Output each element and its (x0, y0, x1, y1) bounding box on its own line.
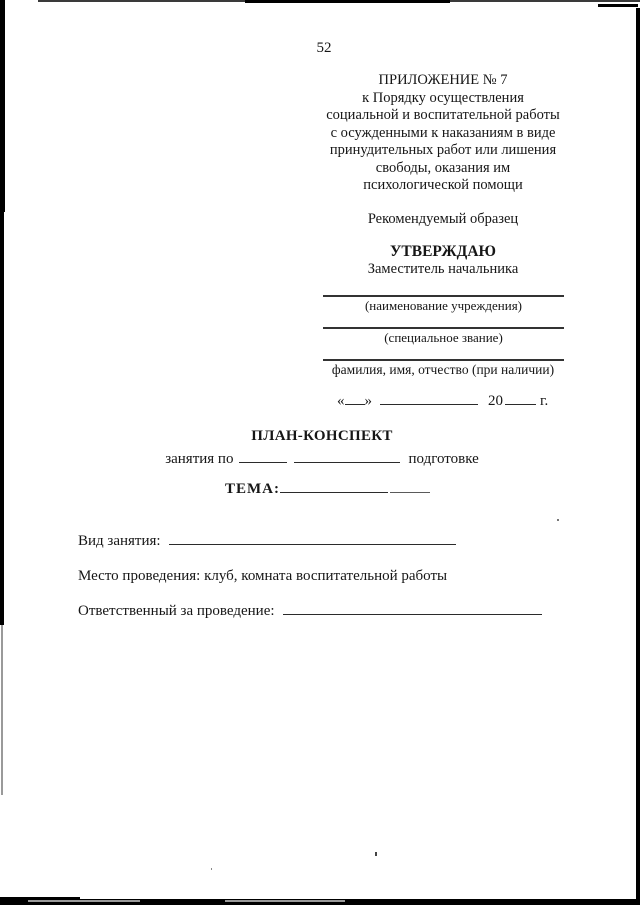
scan-speck (211, 868, 212, 870)
plan-title: ПЛАН-КОНСПЕКТ (62, 427, 582, 445)
date-row: «»20г. (337, 391, 548, 410)
name-caption: фамилия, имя, отчество (при наличии) (318, 362, 568, 377)
scan-edge-top-right (598, 4, 638, 7)
lesson-type-blank (169, 531, 456, 545)
theme-label: ТЕМА: (225, 481, 280, 497)
signature-line-name (323, 359, 564, 361)
lesson-type-label: Вид занятия: (78, 533, 161, 549)
appendix-line: психологической помощи (292, 177, 594, 195)
subtitle-prefix: занятия по (165, 451, 233, 467)
date-month-blank (380, 391, 478, 405)
theme-row: ТЕМА: (225, 479, 430, 498)
subtitle-blank-long (294, 449, 400, 463)
theme-blank-2 (390, 479, 430, 493)
appendix-line: социальной и воспитательной работы (292, 107, 594, 125)
field-location: Место проведения: клуб, комната воспитат… (78, 567, 447, 585)
subtitle-blank-short (239, 449, 287, 463)
signature-line-rank (323, 327, 564, 329)
appendix-line: свободы, оказания им (292, 160, 594, 178)
scan-speck (375, 852, 377, 856)
approval-position: Заместитель начальника (292, 261, 594, 279)
date-year-blank (505, 391, 536, 405)
signature-line-institution (323, 295, 564, 297)
subtitle-suffix: подготовке (408, 451, 478, 467)
location-value: клуб, комната воспитательной работы (204, 568, 447, 584)
scan-edge-bottom-gray2 (225, 900, 345, 902)
scan-edge-left (0, 0, 5, 212)
responsible-blank (283, 601, 542, 615)
approval-stamp: УТВЕРЖДАЮ (292, 243, 594, 261)
appendix-heading: ПРИЛОЖЕНИЕ № 7 к Порядку осуществления с… (292, 72, 594, 195)
appendix-line: с осужденными к наказаниям в виде (292, 125, 594, 143)
field-responsible: Ответственный за проведение: (78, 601, 542, 620)
scan-speck (557, 519, 559, 521)
page-number: 52 (309, 39, 339, 57)
scan-edge-top-dark (245, 0, 450, 3)
scan-edge-left-lower (0, 212, 4, 625)
date-year-suffix: г. (540, 393, 548, 409)
scan-edge-left-faint (1, 625, 3, 795)
sample-label: Рекомендуемый образец (292, 211, 594, 229)
appendix-title: ПРИЛОЖЕНИЕ № 7 (292, 72, 594, 90)
date-day-blank (345, 391, 365, 405)
institution-caption: (наименование учреждения) (323, 299, 564, 313)
rank-caption: (специальное звание) (323, 331, 564, 345)
plan-subtitle: занятия поподготовке (62, 449, 582, 468)
date-close-quote: » (365, 393, 373, 409)
appendix-line: к Порядку осуществления (292, 90, 594, 108)
date-year: 20 (488, 393, 503, 409)
field-lesson-type: Вид занятия: (78, 531, 456, 550)
approval-block: УТВЕРЖДАЮ Заместитель начальника (292, 243, 594, 279)
scanned-document-page: 52 ПРИЛОЖЕНИЕ № 7 к Порядку осуществлени… (0, 0, 640, 905)
responsible-label: Ответственный за проведение: (78, 603, 275, 619)
location-label: Место проведения: (78, 568, 200, 584)
appendix-line: принудительных работ или лишения (292, 142, 594, 160)
theme-blank (280, 479, 388, 493)
scan-edge-right (636, 8, 640, 905)
date-open-quote: « (337, 393, 345, 409)
scan-edge-bottom-gray1 (28, 900, 140, 902)
